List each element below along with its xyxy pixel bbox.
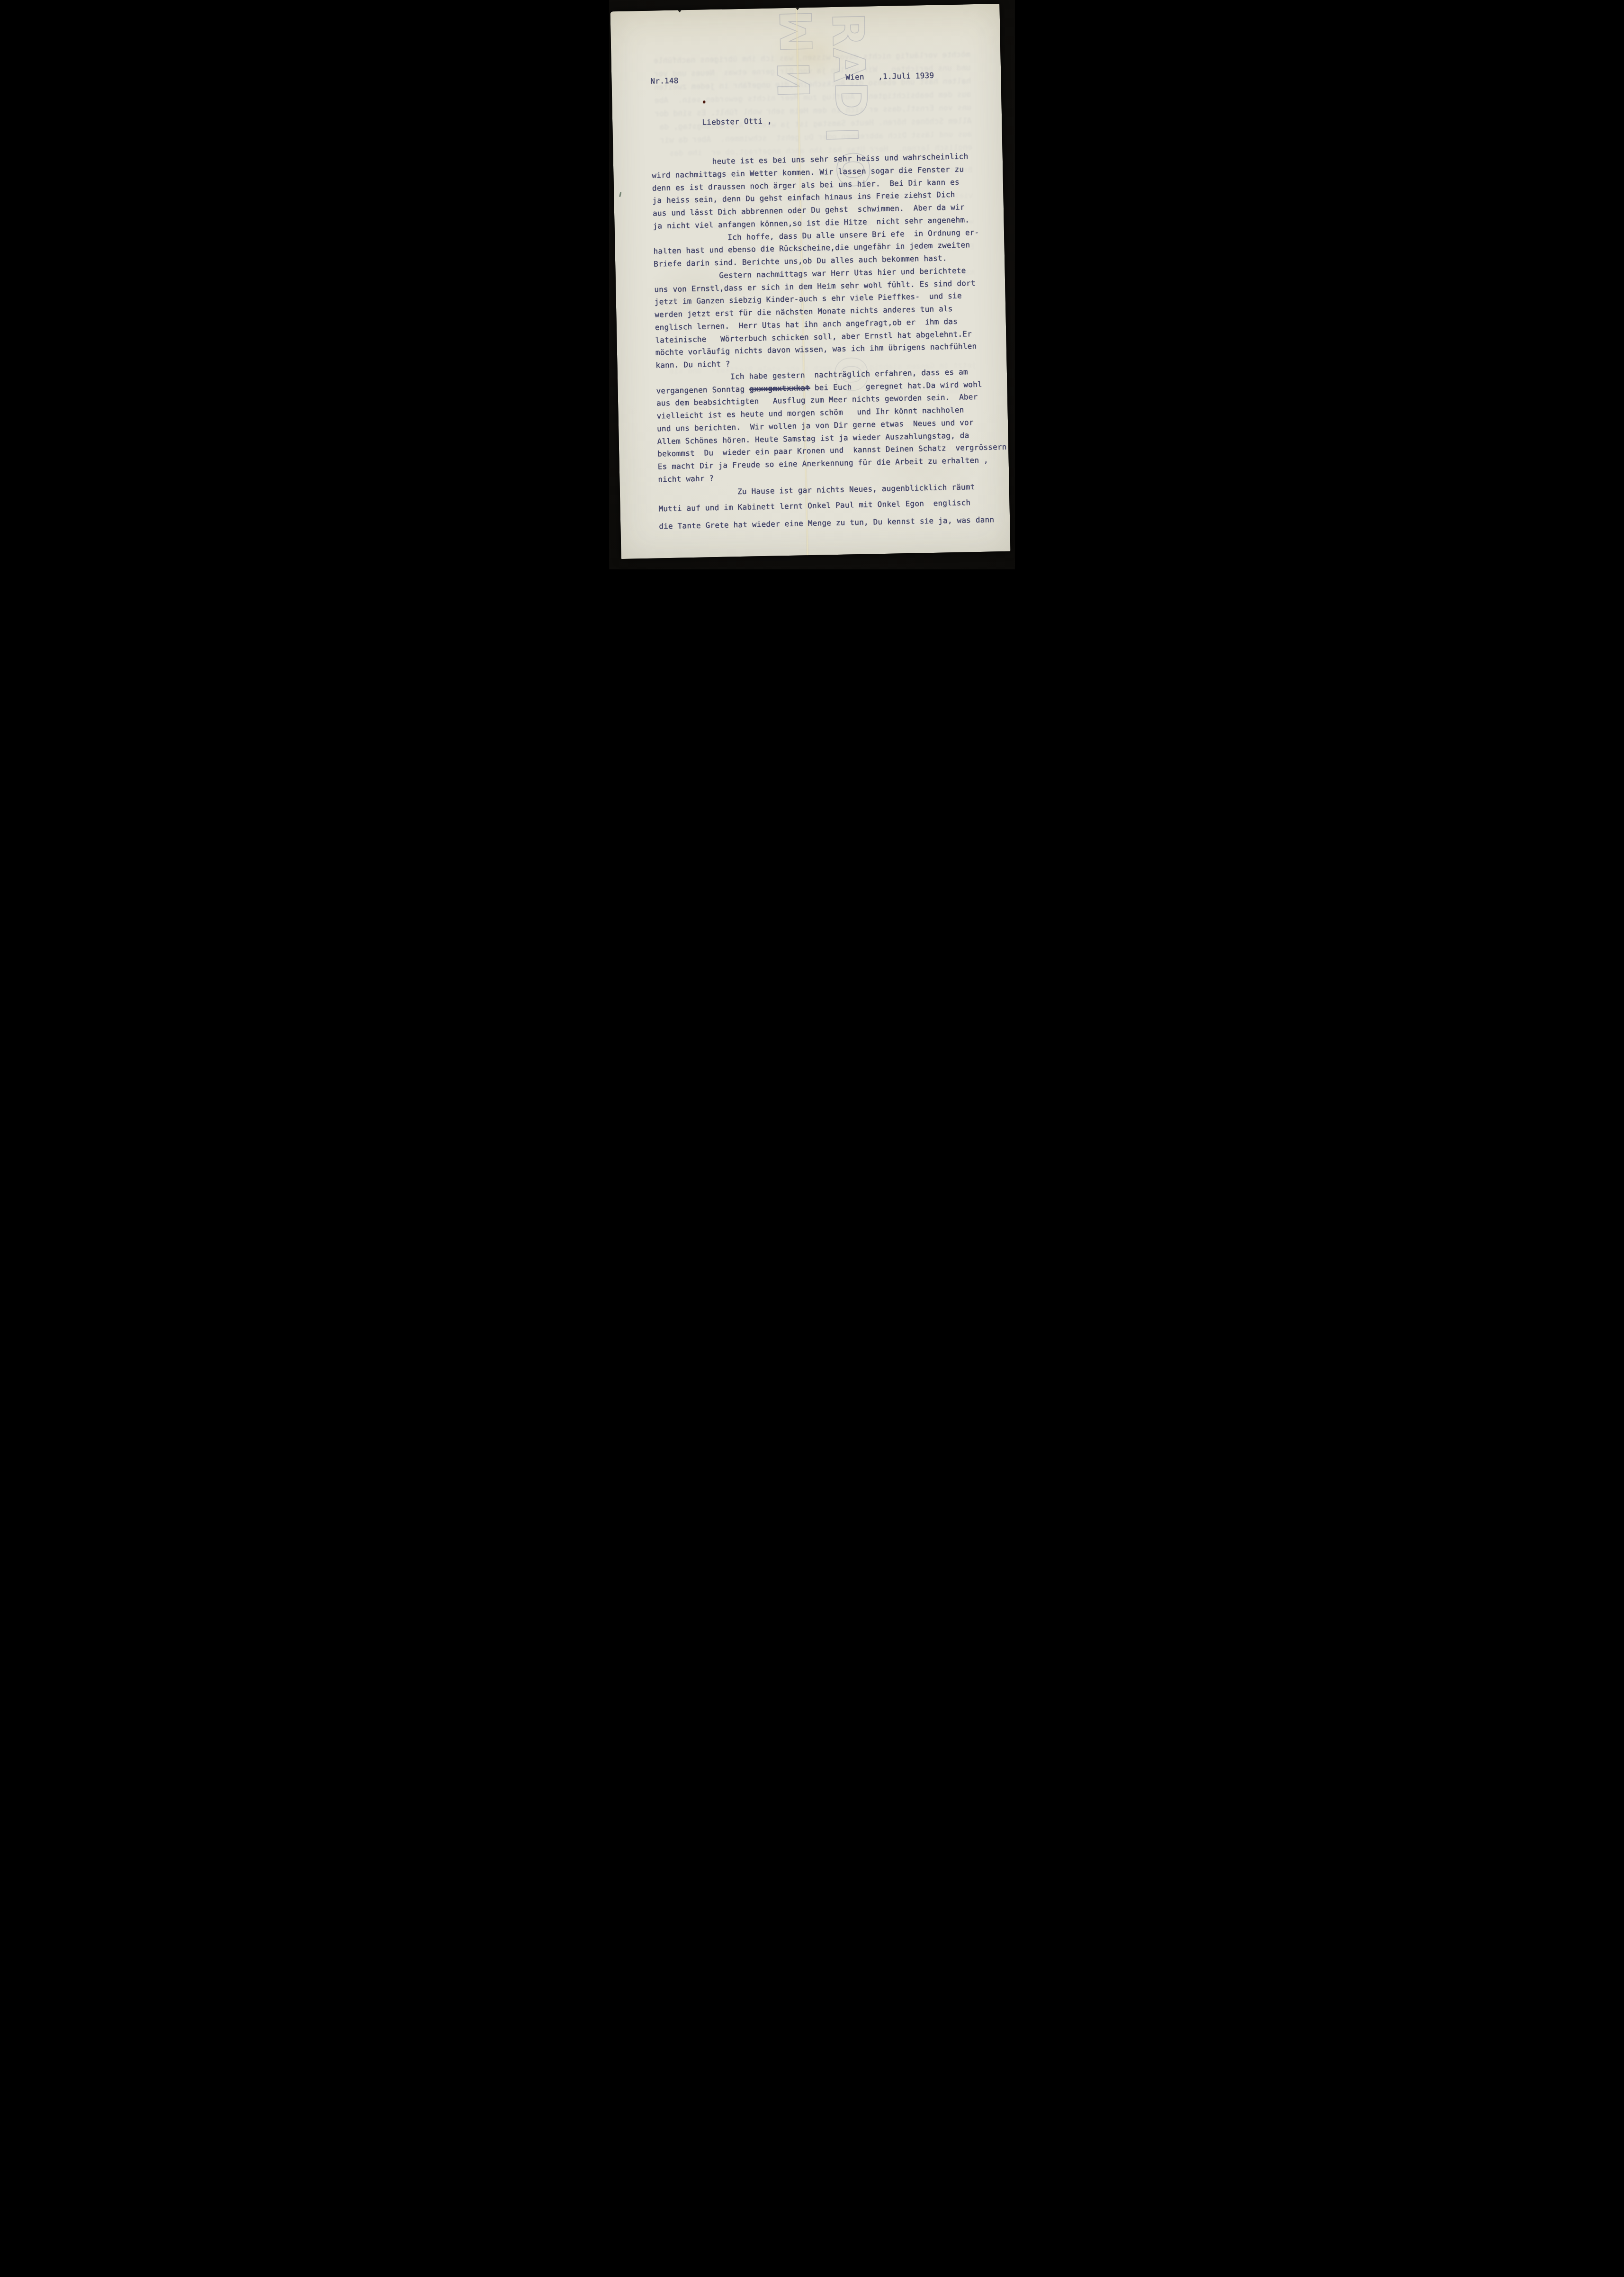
top-edge-notch — [677, 9, 682, 12]
bleedthrough-line: uns von Ernstl,dass er sich in dem Heim … — [654, 103, 971, 118]
watermark-letter: R — [825, 12, 870, 47]
scan-background: MNRADIOO möchte vorläufig nichts davon w… — [609, 0, 1015, 569]
letter-line: Mutti auf und im Kabinett lernt Onkel Pa… — [658, 496, 1010, 516]
watermark-layer: MNRADIOO — [610, 4, 999, 11]
paper-sheet: MNRADIOO möchte vorläufig nichts davon w… — [610, 4, 1010, 559]
bleedthrough-line: aus und lässt Dich abbrennen oder Du geh… — [655, 129, 972, 144]
strikethrough-text: gxxxgmxtxxkat — [749, 383, 810, 394]
letter-number: Nr.148 — [650, 76, 678, 86]
letter-line: die Tante Grete hat wieder eine Menge zu… — [659, 513, 1010, 533]
letter-body: heute ist es bei uns sehr sehr heiss und… — [652, 150, 1011, 533]
letter-dateline: Wien ,1.Juli 1939 — [845, 71, 934, 82]
margin-mark-artifact — [619, 192, 621, 197]
